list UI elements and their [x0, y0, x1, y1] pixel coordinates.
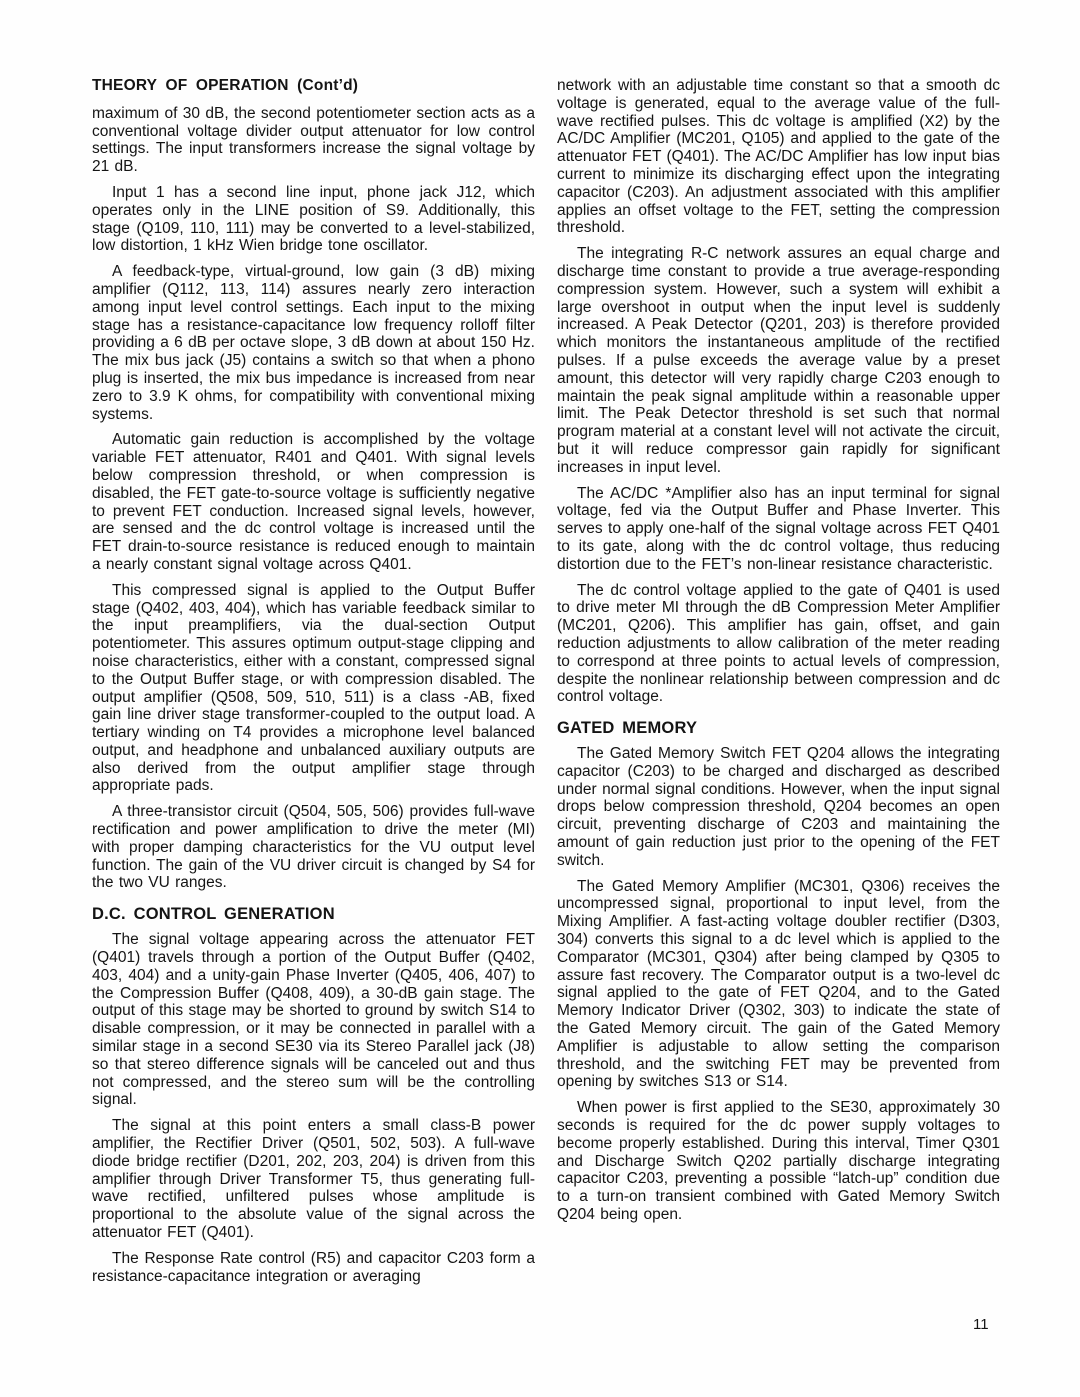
page-number: 11 [973, 1316, 989, 1334]
document-page: THEORY OF OPERATION (Cont’d) maximum of … [0, 0, 1080, 1397]
paragraph: The signal voltage appearing across the … [92, 931, 535, 1109]
left-column: THEORY OF OPERATION (Cont’d) maximum of … [92, 77, 535, 1285]
right-column: network with an adjustable time constant… [557, 77, 1000, 1224]
paragraph: The dc control voltage applied to the ga… [557, 582, 1000, 707]
theory-of-operation-heading: THEORY OF OPERATION (Cont’d) [92, 77, 535, 95]
paragraph: The integrating R-C network assures an e… [557, 245, 1000, 476]
paragraph: This compressed signal is applied to the… [92, 582, 535, 796]
paragraph: A three-transistor circuit (Q504, 505, 5… [92, 803, 535, 892]
two-column-layout: THEORY OF OPERATION (Cont’d) maximum of … [92, 77, 1000, 1285]
paragraph: The AC/DC *Amplifier also has an input t… [557, 485, 1000, 574]
paragraph: network with an adjustable time constant… [557, 77, 1000, 237]
paragraph: The signal at this point enters a small … [92, 1117, 535, 1242]
paragraph: The Response Rate control (R5) and capac… [92, 1250, 535, 1286]
paragraph: The Gated Memory Switch FET Q204 allows … [557, 745, 1000, 870]
paragraph: The Gated Memory Amplifier (MC301, Q306)… [557, 878, 1000, 1092]
paragraph: When power is first applied to the SE30,… [557, 1099, 1000, 1224]
paragraph: A feedback-type, virtual-ground, low gai… [92, 263, 535, 423]
paragraph: Automatic gain reduction is accomplished… [92, 431, 535, 573]
paragraph: Input 1 has a second line input, phone j… [92, 184, 535, 255]
paragraph: maximum of 30 dB, the second potentiomet… [92, 105, 535, 176]
dc-control-generation-heading: D.C. CONTROL GENERATION [92, 905, 535, 923]
gated-memory-heading: GATED MEMORY [557, 719, 1000, 737]
